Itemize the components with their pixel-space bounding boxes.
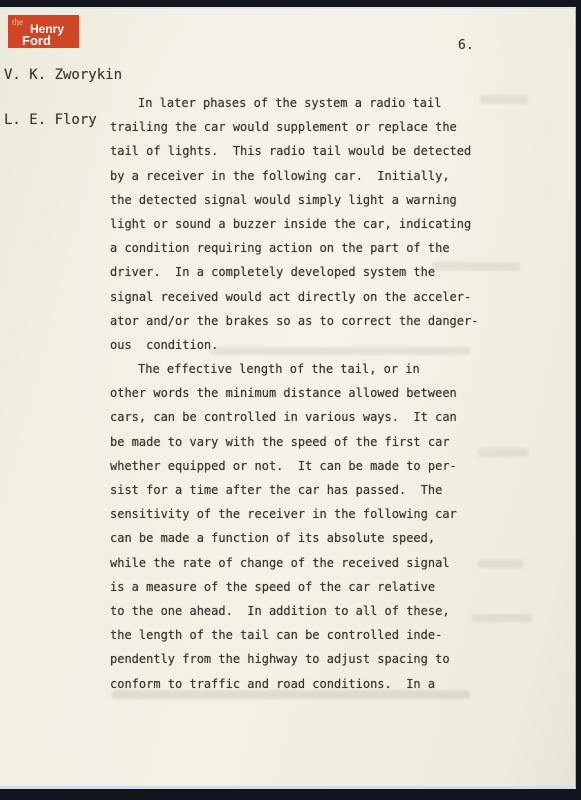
bleed-through-mark — [478, 560, 523, 568]
document-page: the Henry Ford V. K. Zworykin L. E. Flor… — [0, 7, 576, 789]
bleed-through-mark — [112, 690, 470, 699]
page-number: 6. — [458, 38, 474, 53]
typed-line: a condition requiring action on the part… — [110, 236, 520, 260]
author-line-2: L. E. Flory — [4, 113, 122, 128]
typed-line: sensitivity of the receiver in the follo… — [110, 502, 520, 526]
typed-line: ator and/or the brakes so as to correct … — [110, 309, 520, 333]
typed-line: light or sound a buzzer inside the car, … — [110, 212, 520, 236]
author-line-1: V. K. Zworykin — [4, 68, 122, 83]
typed-line: pendently from the highway to adjust spa… — [110, 647, 520, 671]
typed-line: the length of the tail can be controlled… — [110, 623, 520, 647]
typed-line: The effective length of the tail, or in — [110, 357, 520, 381]
typed-line: be made to vary with the speed of the fi… — [110, 430, 520, 454]
logo-text-ford: Ford — [22, 35, 79, 47]
typed-line: is a measure of the speed of the car rel… — [110, 575, 520, 599]
typed-line: signal received would act directly on th… — [110, 285, 520, 309]
typed-line: while the rate of change of the received… — [110, 551, 520, 575]
bleed-through-mark — [478, 448, 528, 457]
bleed-through-mark — [432, 262, 520, 271]
typed-line: can be made a function of its absolute s… — [110, 526, 520, 550]
typed-line: trailing the car would supplement or rep… — [110, 115, 520, 139]
typed-line: whether equipped or not. It can be made … — [110, 454, 520, 478]
bleed-through-mark — [472, 614, 532, 622]
bleed-through-mark — [210, 347, 470, 355]
author-names: V. K. Zworykin L. E. Flory — [4, 38, 122, 158]
typed-line: other words the minimum distance allowed… — [110, 381, 520, 405]
typed-line: In later phases of the system a radio ta… — [110, 91, 520, 115]
scan-frame: { "page": { "frame_color": "#12151b", "p… — [0, 0, 581, 800]
typed-line: sist for a time after the car has passed… — [110, 478, 520, 502]
typed-line: the detected signal would simply light a… — [110, 188, 520, 212]
typed-body: In later phases of the system a radio ta… — [110, 91, 520, 696]
henry-ford-logo: the Henry Ford — [8, 15, 79, 48]
typed-line: tail of lights. This radio tail would be… — [110, 139, 520, 163]
bleed-through-mark — [480, 95, 528, 104]
typed-line: cars, can be controlled in various ways.… — [110, 405, 520, 429]
typed-line: by a receiver in the following car. Init… — [110, 164, 520, 188]
typed-line: to the one ahead. In addition to all of … — [110, 599, 520, 623]
